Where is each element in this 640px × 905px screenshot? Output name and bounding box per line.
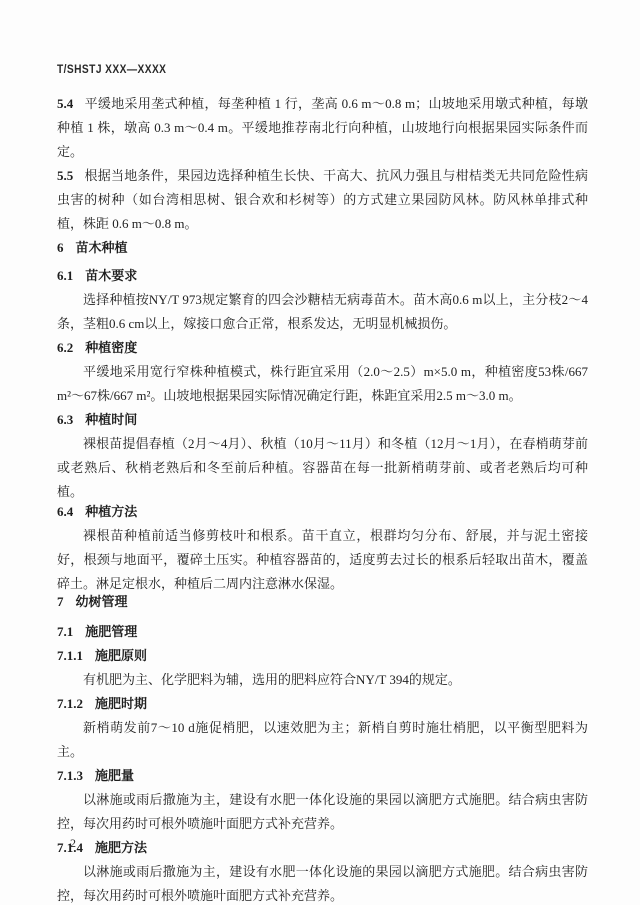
heading-number: 7.1.2 (57, 696, 83, 711)
heading-number: 6.2 (57, 340, 73, 355)
heading-number: 6.4 (57, 504, 73, 519)
heading-title: 施肥管理 (85, 624, 137, 639)
paragraph-6-4: 裸根苗种植前适当修剪枝叶和根系。苗干直立，根群均匀分布、舒展，并与泥土密接好，根… (57, 524, 588, 596)
heading-title: 施肥量 (95, 768, 134, 783)
heading-6-1: 6.1苗木要求 (57, 264, 588, 288)
paragraph-6-1: 选择种植按NY/T 973规定繁育的四会沙糖桔无病毒苗木。苗木高0.6 m以上，… (57, 288, 588, 336)
heading-6: 6苗木种植 (57, 236, 588, 260)
heading-number: 7.1 (57, 624, 73, 639)
paragraph-7-1-1: 有机肥为主、化学肥料为辅，选用的肥料应符合NY/T 394的规定。 (57, 668, 588, 692)
heading-title: 施肥时期 (95, 696, 147, 711)
heading-number: 7.1.3 (57, 768, 83, 783)
clause-5-4: 5.4平缓地采用垄式种植，每垄种植 1 行，垄高 0.6 m～0.8 m；山坡地… (57, 92, 588, 164)
heading-7-1-1: 7.1.1施肥原则 (57, 644, 588, 668)
heading-6-2: 6.2种植密度 (57, 336, 588, 360)
heading-title: 苗木种植 (76, 240, 128, 255)
heading-6-4: 6.4种植方法 (57, 500, 588, 524)
heading-number: 7 (57, 594, 64, 609)
clause-text: 根据当地条件，果园边选择种植生长快、干高大、抗风力强且与柑桔类无共同危险性病虫害… (57, 168, 588, 231)
paragraph-7-1-2: 新梢萌发前7～10 d施促梢肥，以速效肥为主；新梢自剪时施壮梢肥，以平衡型肥料为… (57, 716, 588, 764)
heading-number: 6.3 (57, 412, 73, 427)
heading-7-1-3: 7.1.3施肥量 (57, 764, 588, 788)
heading-6-3: 6.3种植时间 (57, 408, 588, 432)
heading-title: 种植时间 (85, 412, 137, 427)
page-header-standard-code: T/SHSTJ XXX—XXXX (57, 62, 166, 76)
heading-7-1: 7.1施肥管理 (57, 620, 588, 644)
heading-number: 6 (57, 240, 64, 255)
paragraph-7-1-3: 以淋施或雨后撒施为主，建设有水肥一体化设施的果园以滴肥方式施肥。结合病虫害防控，… (57, 788, 588, 836)
heading-title: 种植密度 (85, 340, 137, 355)
heading-title: 幼树管理 (76, 594, 128, 609)
heading-title: 苗木要求 (85, 268, 137, 283)
clause-number: 5.5 (57, 168, 73, 183)
heading-title: 种植方法 (85, 504, 137, 519)
document-body: 5.4平缓地采用垄式种植，每垄种植 1 行，垄高 0.6 m～0.8 m；山坡地… (57, 92, 588, 905)
clause-text: 平缓地采用垄式种植，每垄种植 1 行，垄高 0.6 m～0.8 m；山坡地采用墩… (57, 96, 588, 159)
heading-title: 施肥方法 (95, 840, 147, 855)
heading-number: 6.1 (57, 268, 73, 283)
heading-number: 7.1.1 (57, 648, 83, 663)
heading-title: 施肥原则 (95, 648, 147, 663)
clause-5-5: 5.5根据当地条件，果园边选择种植生长快、干高大、抗风力强且与柑桔类无共同危险性… (57, 164, 588, 236)
page-number: 2 (70, 836, 76, 851)
clause-number: 5.4 (57, 96, 73, 111)
heading-7-1-4: 7.1.4施肥方法 (57, 836, 588, 860)
paragraph-7-1-4: 以淋施或雨后撒施为主，建设有水肥一体化设施的果园以滴肥方式施肥。结合病虫害防控，… (57, 860, 588, 905)
paragraph-6-2: 平缓地采用宽行窄株种植模式，株行距宜采用（2.0～2.5）m×5.0 m，种植密… (57, 360, 588, 408)
heading-7-1-2: 7.1.2施肥时期 (57, 692, 588, 716)
document-page: T/SHSTJ XXX—XXXX 5.4平缓地采用垄式种植，每垄种植 1 行，垄… (0, 0, 640, 905)
paragraph-6-3: 裸根苗提倡春植（2月～4月）、秋植（10月～11月）和冬植（12月～1月），在春… (57, 432, 588, 504)
